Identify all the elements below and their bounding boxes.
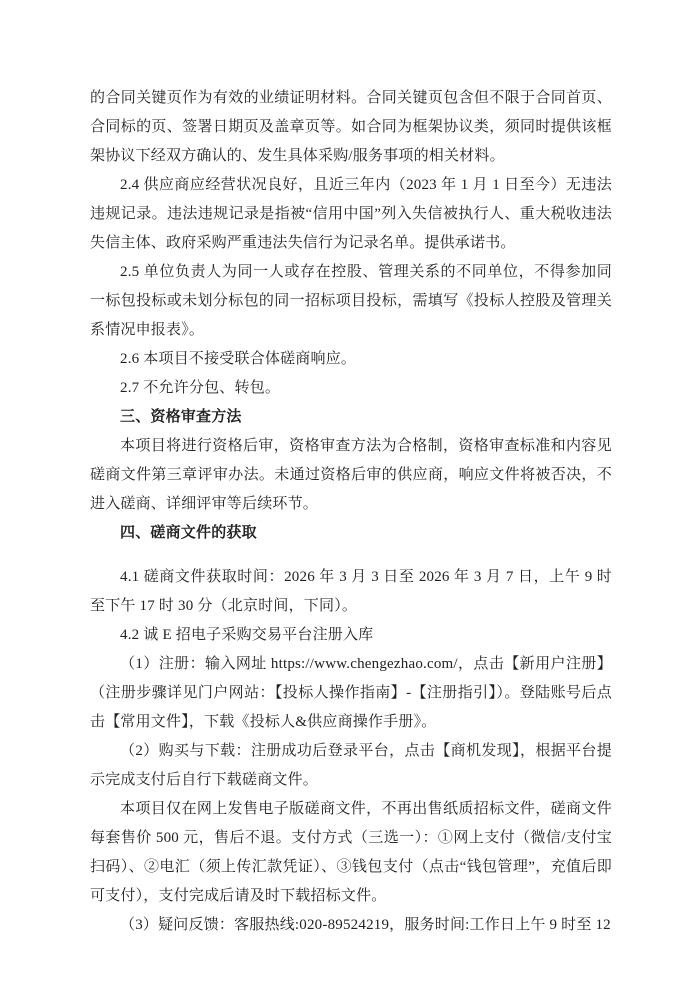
paragraph-4-1-acquisition-time: 4.1 磋商文件获取时间：2026 年 3 月 3 日至 2026 年 3 月 … bbox=[90, 563, 612, 621]
paragraph-post-qualification-review: 本项目将进行资格后审，资格审查方法为合格制，资格审查标准和内容见磋商文件第三章评… bbox=[90, 432, 612, 519]
paragraph-step-1-register: （1）注册：输入网址 https://www.chengezhao.com/，点… bbox=[90, 650, 612, 737]
paragraph-electronic-sale-and-payment-methods: 本项目仅在网上发售电子版磋商文件，不再出售纸质招标文件，磋商文件每套售价 500… bbox=[90, 795, 612, 911]
paragraph-step-2-purchase-download: （2）购买与下载：注册成功后登录平台，点击【商机发现】，根据平台提示完成支付后自… bbox=[90, 737, 612, 795]
section-heading-3-qualification-review-method: 三、资格审查方法 bbox=[90, 403, 612, 432]
paragraph-contract-key-pages-continuation: 的合同关键页作为有效的业绩证明材料。合同关键页包含但不限于合同首页、合同标的页、… bbox=[90, 84, 612, 171]
paragraph-2-5-same-controller-restriction: 2.5 单位负责人为同一人或存在控股、管理关系的不同单位，不得参加同一标包投标或… bbox=[90, 258, 612, 345]
document-page: 的合同关键页作为有效的业绩证明材料。合同关键页包含但不限于合同首页、合同标的页、… bbox=[0, 0, 700, 990]
section-heading-4-document-acquisition: 四、磋商文件的获取 bbox=[90, 519, 612, 548]
paragraph-2-6-no-consortium: 2.6 本项目不接受联合体磋商响应。 bbox=[90, 345, 612, 374]
paragraph-4-2-platform-registration: 4.2 诚 E 招电子采购交易平台注册入库 bbox=[90, 621, 612, 650]
paragraph-2-7-no-subcontracting: 2.7 不允许分包、转包。 bbox=[90, 374, 612, 403]
paragraph-2-4-supplier-good-standing: 2.4 供应商应经营状况良好，且近三年内（2023 年 1 月 1 日至今）无违… bbox=[90, 171, 612, 258]
paragraph-step-3-feedback-hotline: （3）疑问反馈：客服热线:020-89524219，服务时间:工作日上午 9 时… bbox=[90, 911, 612, 940]
